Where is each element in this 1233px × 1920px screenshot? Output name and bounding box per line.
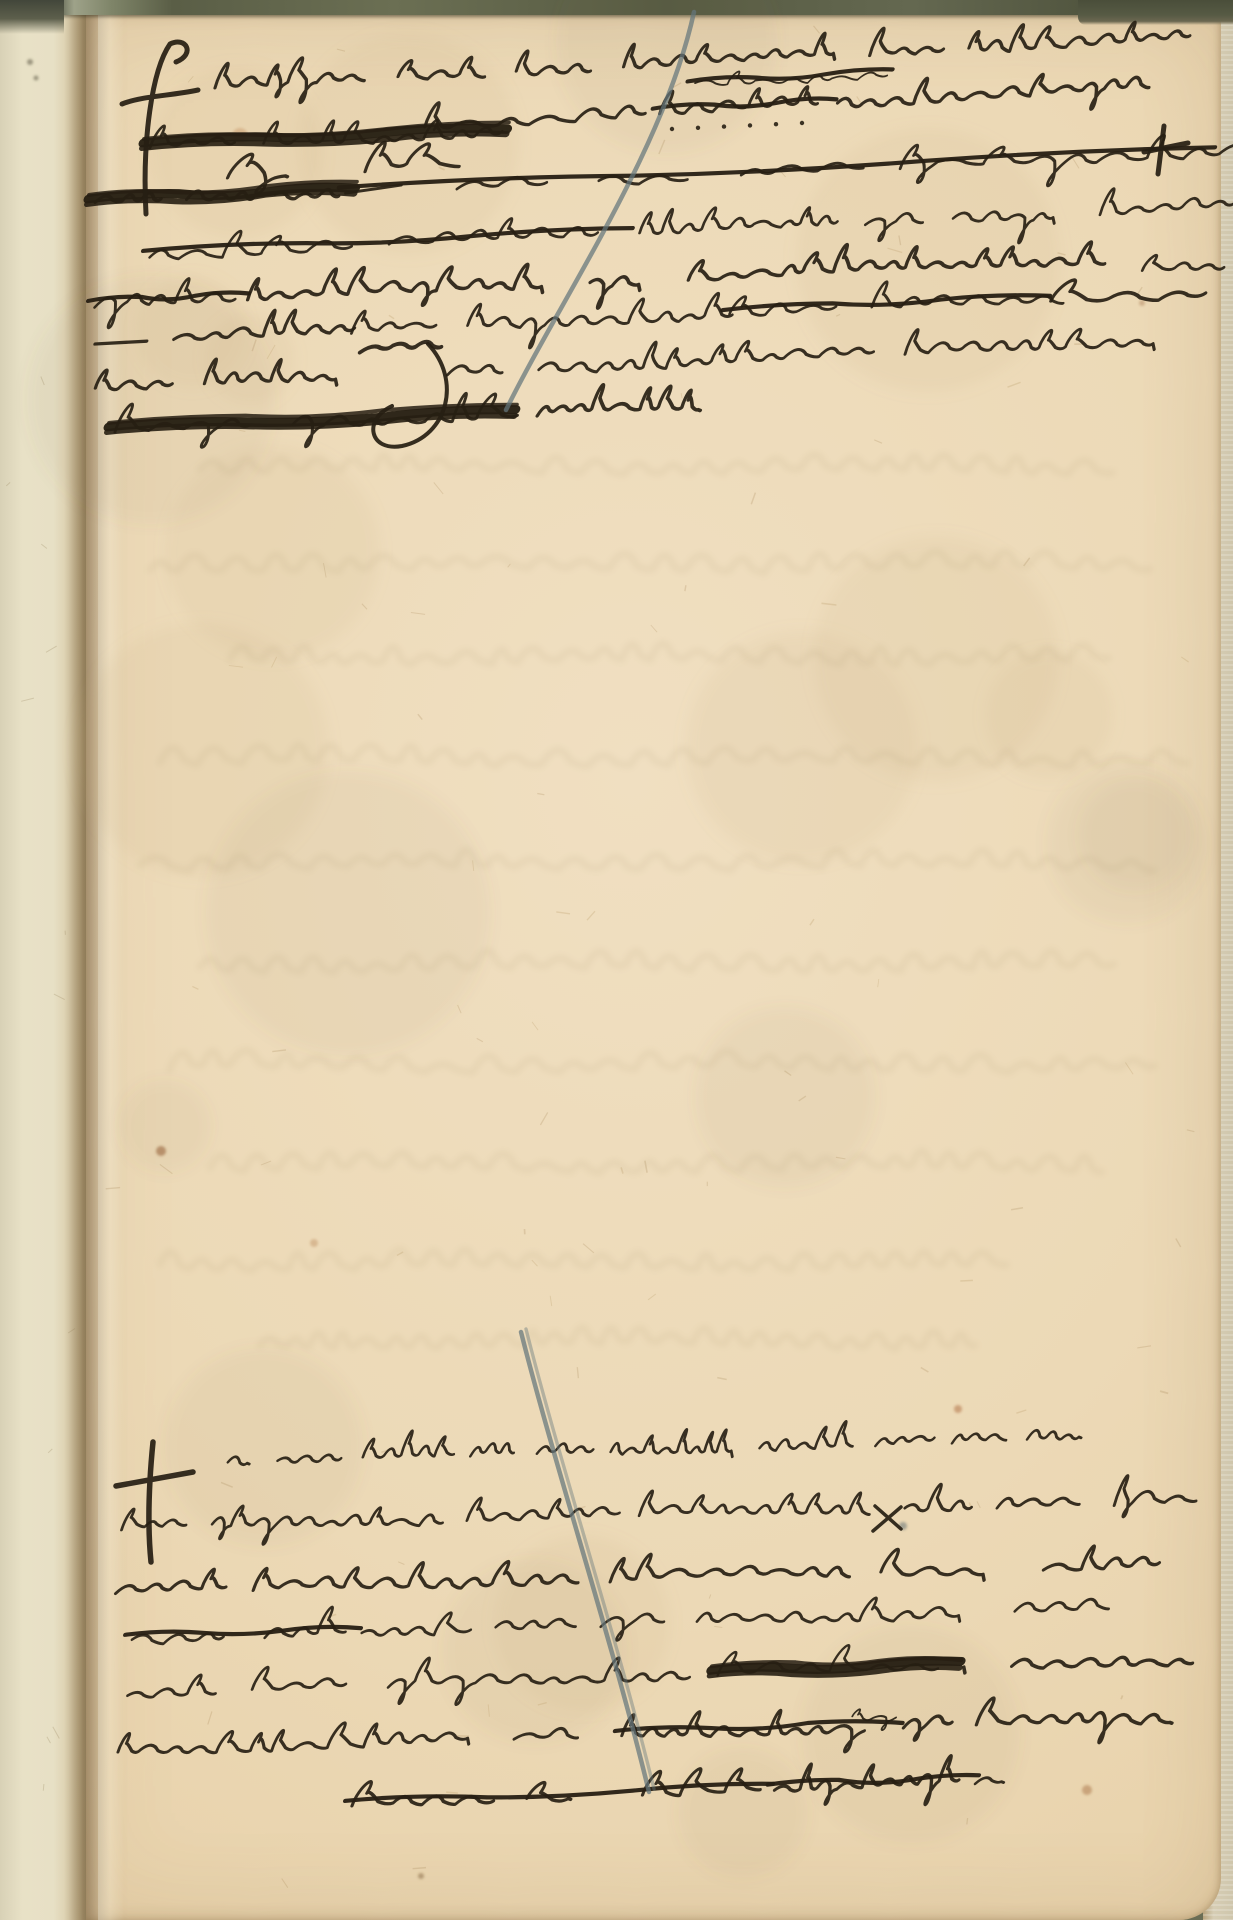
paper-fiber — [411, 613, 425, 615]
paper-fiber — [6, 482, 10, 486]
paper-fiber — [446, 1792, 458, 1793]
handwriting-line: Leuchtbildern, in Verbindung zu bringen. — [113, 1692, 1191, 1775]
paper-fiber — [1121, 1695, 1123, 1699]
paper-fiber — [1011, 1208, 1023, 1210]
stain — [27, 59, 33, 65]
handwriting-stroke — [902, 1474, 1202, 1522]
bleed-line — [170, 1051, 1154, 1073]
stain — [418, 1873, 424, 1879]
paper-mottle — [119, 1080, 211, 1172]
stet-dots — [774, 122, 778, 126]
handwriting-stroke — [537, 380, 717, 417]
paper-fiber — [977, 1501, 980, 1508]
paper-fiber — [556, 912, 570, 914]
paper-mottle — [206, 771, 490, 1055]
paper-fiber — [54, 994, 65, 1000]
stain — [1139, 300, 1145, 306]
paper-fiber — [810, 919, 814, 925]
paper-fiber — [532, 1022, 538, 1030]
paper-fiber — [878, 979, 879, 987]
paper-fiber — [681, 393, 682, 398]
paper-fiber — [587, 911, 595, 920]
stet-dots — [722, 124, 726, 128]
stain — [34, 76, 39, 81]
paper-fiber — [21, 698, 34, 701]
paper-fiber — [1137, 1346, 1151, 1348]
paper-fiber — [651, 625, 657, 632]
paper-fiber — [1016, 1410, 1026, 1413]
stain — [156, 1146, 166, 1156]
paper-fiber — [46, 646, 57, 652]
paper-fiber — [272, 1050, 286, 1052]
paper-mottle — [1047, 763, 1207, 923]
paper-fiber — [537, 794, 544, 795]
paper-fiber — [709, 1594, 711, 1598]
paper-fiber — [1160, 1391, 1168, 1393]
paper-fiber — [1008, 382, 1021, 387]
paper-fiber — [418, 714, 422, 719]
paper-fiber — [208, 1711, 212, 1724]
paper-fiber — [1187, 1130, 1195, 1132]
paper-fiber — [921, 1368, 929, 1373]
paper-fiber — [477, 1038, 483, 1041]
handwriting-stroke — [834, 67, 1153, 123]
insertion-x-bottom — [873, 1506, 901, 1531]
bleed-line — [200, 455, 1113, 474]
paper-fiber — [1181, 657, 1188, 662]
stain — [1082, 1785, 1092, 1795]
paper-fiber — [540, 1112, 547, 1125]
paper-fiber — [967, 1818, 968, 1824]
paper-fiber — [1176, 1239, 1181, 1248]
manuscript-scan: Buffon hat das Verdienst, der Entdeckerü… — [0, 0, 1233, 1920]
paper-fiber — [192, 986, 198, 989]
bleed-line — [260, 1328, 975, 1349]
stet-dots — [670, 127, 674, 131]
bleed-line — [160, 1250, 1006, 1270]
stet-dots — [696, 126, 700, 130]
paper-fiber — [41, 544, 47, 548]
paper-fiber — [458, 1005, 462, 1013]
handwriting-stroke — [1142, 253, 1227, 272]
paper-fiber — [814, 26, 820, 34]
paper-fiber — [47, 1737, 51, 1743]
paper-fiber — [53, 1727, 60, 1739]
paper-fiber — [717, 1378, 726, 1380]
paper-fiber — [106, 1188, 120, 1189]
stain — [954, 1405, 962, 1413]
paper-mottle — [165, 1348, 363, 1546]
paper-fiber — [532, 1260, 538, 1266]
strike-mark — [125, 1626, 362, 1638]
bleed-line — [210, 1151, 1102, 1173]
paper-fiber — [751, 493, 755, 505]
paper-fiber — [434, 482, 443, 494]
paper-fiber — [685, 585, 686, 591]
paper-mottle — [678, 1748, 808, 1878]
paper-fiber — [577, 1367, 578, 1378]
handwriting-layer: Buffon hat das Verdienst, der Entdeckerü… — [0, 0, 1233, 1920]
paper-fiber — [874, 440, 882, 443]
paper-fiber — [389, 315, 394, 318]
handwriting-stroke — [1050, 274, 1209, 305]
paper-fiber — [68, 1329, 75, 1334]
paper-fiber — [550, 1296, 552, 1306]
paper-fiber — [413, 1868, 426, 1869]
paper-fiber — [960, 1280, 973, 1281]
paper-fiber — [398, 1562, 404, 1565]
paper-fiber — [648, 1294, 656, 1300]
descender-flourish — [373, 344, 447, 447]
stet-dots — [800, 121, 804, 125]
paper-fiber — [48, 1449, 52, 1453]
stain — [310, 1239, 318, 1247]
paper-fiber — [714, 1626, 722, 1627]
handwriting-stroke — [446, 318, 1180, 382]
paper-fiber — [43, 1784, 44, 1791]
stet-dots — [748, 123, 752, 127]
paper-fiber — [583, 1244, 594, 1253]
handwriting-line: Anm (eingefügt) — [1142, 253, 1227, 272]
paper-mottle — [166, 445, 380, 659]
paper-fiber — [337, 49, 345, 51]
paper-fiber — [282, 1879, 288, 1888]
